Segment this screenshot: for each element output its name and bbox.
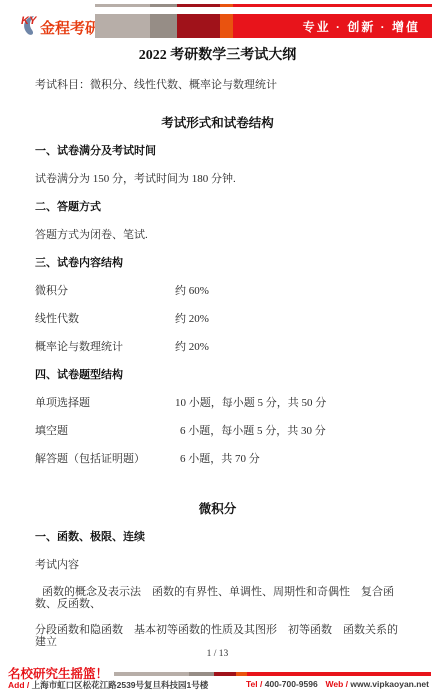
section2-heading: 二、答题方式 xyxy=(35,201,400,213)
document-title: 2022 考研数学三考试大纲 xyxy=(35,48,400,63)
row-value: 约 20% xyxy=(175,313,400,325)
content-structure-row: 概率论与数理统计 约 20% xyxy=(35,341,400,353)
question-type-row: 解答题（包括证明题） 6 小题，共 70 分 xyxy=(35,453,400,465)
web-value: www.vipkaoyan.net xyxy=(350,679,429,689)
row-label: 概率论与数理统计 xyxy=(35,341,175,353)
chapter1-heading: 一、函数、极限、连续 xyxy=(35,531,400,543)
address-value: 上海市虹口区松花江路2539号复旦科技园1号楼 xyxy=(32,680,209,690)
row-label: 微积分 xyxy=(35,285,175,297)
row-label: 解答题（包括证明题） xyxy=(35,453,175,465)
document-page: KY 金程考研 专业 · 创新 · 增值 2022 考研数学三考试大纲 考试科目… xyxy=(0,0,435,699)
row-value: 6 小题，共 70 分 xyxy=(175,453,400,465)
content-structure-row: 线性代数 约 20% xyxy=(35,313,400,325)
section1-heading: 一、试卷满分及考试时间 xyxy=(35,145,400,157)
bar-segment xyxy=(114,672,189,676)
bar-segment xyxy=(214,672,236,676)
tel-value: 400-700-9596 xyxy=(265,679,318,689)
tel-label: Tel / xyxy=(246,679,262,689)
row-value: 约 20% xyxy=(175,341,400,353)
row-value: 约 60% xyxy=(175,285,400,297)
page-number: 1 / 13 xyxy=(0,649,435,659)
part2-heading: 微积分 xyxy=(35,503,400,515)
exam-subject-line: 考试科目：微积分、线性代数、概率论与数理统计 xyxy=(35,79,400,91)
bar-segment xyxy=(189,672,214,676)
bar-segment xyxy=(247,672,431,676)
content-structure-row: 微积分 约 60% xyxy=(35,285,400,297)
part1-heading: 考试形式和试卷结构 xyxy=(35,117,400,129)
row-label: 填空题 xyxy=(35,425,175,437)
chapter1-paragraph-line: 函数的概念及表示法 函数的有界性、单调性、周期性和奇偶性 复合函数、反函数、 xyxy=(35,586,400,610)
address-label: Add / xyxy=(8,680,29,690)
footer-accent-bar xyxy=(114,672,431,676)
section1-body: 试卷满分为 150 分，考试时间为 180 分钟. xyxy=(35,173,400,185)
row-value: 6 小题，每小题 5 分，共 30 分 xyxy=(175,425,400,437)
exam-content-label: 考试内容 xyxy=(35,559,400,571)
footer-website[interactable]: Web / www.vipkaoyan.net xyxy=(326,679,429,689)
row-label: 线性代数 xyxy=(35,313,175,325)
web-label: Web / xyxy=(326,679,349,689)
footer-contact-row: Add / 上海市虹口区松花江路2539号复旦科技园1号楼 Tel / 400-… xyxy=(8,679,429,691)
question-type-row: 单项选择题 10 小题，每小题 5 分，共 50 分 xyxy=(35,397,400,409)
document-body: 2022 考研数学三考试大纲 考试科目：微积分、线性代数、概率论与数理统计 考试… xyxy=(35,0,400,648)
chapter1-paragraph-line: 分段函数和隐函数 基本初等函数的性质及其图形 初等函数 函数关系的建立 xyxy=(35,624,400,648)
section2-body: 答题方式为闭卷、笔试. xyxy=(35,229,400,241)
footer-address: Add / 上海市虹口区松花江路2539号复旦科技园1号楼 xyxy=(8,679,208,691)
section4-heading: 四、试卷题型结构 xyxy=(35,369,400,381)
section3-heading: 三、试卷内容结构 xyxy=(35,257,400,269)
question-type-row: 填空题 6 小题，每小题 5 分，共 30 分 xyxy=(35,425,400,437)
row-label: 单项选择题 xyxy=(35,397,175,409)
bar-segment xyxy=(236,672,247,676)
row-value: 10 小题，每小题 5 分，共 50 分 xyxy=(175,397,400,409)
footer-telephone: Tel / 400-700-9596 xyxy=(246,679,318,689)
